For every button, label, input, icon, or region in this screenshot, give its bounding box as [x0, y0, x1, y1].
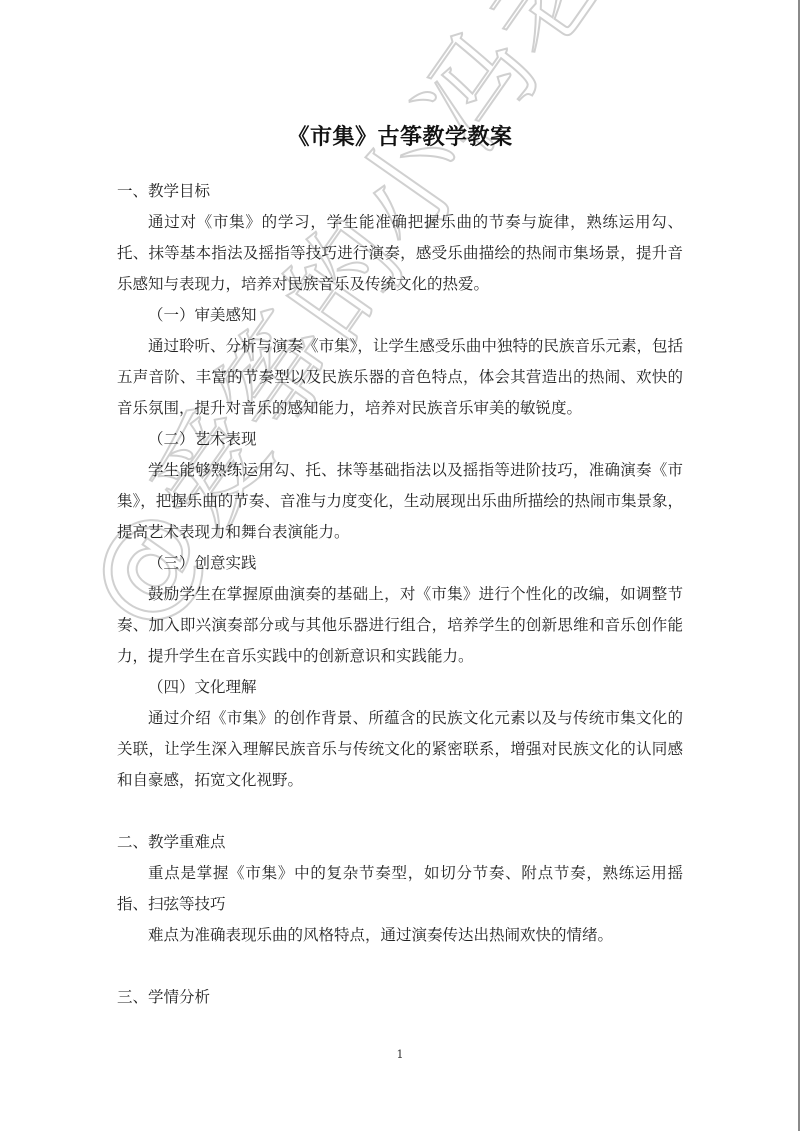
subsection-heading-creative: （三）创意实践 [117, 548, 683, 579]
section-heading-key-points: 二、教学重难点 [117, 827, 683, 858]
subsection-text-creative: 鼓励学生在掌握原曲演奏的基础上，对《市集》进行个性化的改编，如调整节奏、加入即兴… [117, 579, 683, 672]
spacer [117, 951, 683, 982]
key-point-text: 重点是掌握《市集》中的复杂节奏型，如切分节奏、附点节奏，熟练运用摇指、扫弦等技巧 [117, 858, 683, 920]
subsection-text-artistic: 学生能够熟练运用勾、托、抹等基础指法以及摇指等进阶技巧，准确演奏《市集》，把握乐… [117, 455, 683, 548]
subsection-text-cultural: 通过介绍《市集》的创作背景、所蕴含的民族文化元素以及与传统市集文化的关联，让学生… [117, 703, 683, 796]
objectives-intro: 通过对《市集》的学习，学生能准确把握乐曲的节奏与旋律，熟练运用勾、托、抹等基本指… [117, 207, 683, 300]
subsection-heading-artistic: （二）艺术表现 [117, 424, 683, 455]
subsection-heading-cultural: （四）文化理解 [117, 672, 683, 703]
page-number: 1 [0, 1048, 800, 1061]
difficulty-text: 难点为准确表现乐曲的风格特点，通过演奏传达出热闹欢快的情绪。 [117, 920, 683, 951]
document-body: 一、教学目标 通过对《市集》的学习，学生能准确把握乐曲的节奏与旋律，熟练运用勾、… [117, 176, 683, 1013]
section-heading-objectives: 一、教学目标 [117, 176, 683, 207]
subsection-text-aesthetic: 通过聆听、分析与演奏《市集》，让学生感受乐曲中独特的民族音乐元素，包括五声音阶、… [117, 331, 683, 424]
document-title: 《市集》古筝教学教案 [0, 120, 800, 151]
subsection-heading-aesthetic: （一）审美感知 [117, 300, 683, 331]
spacer [117, 796, 683, 827]
section-heading-learner-analysis: 三、学情分析 [117, 982, 683, 1013]
